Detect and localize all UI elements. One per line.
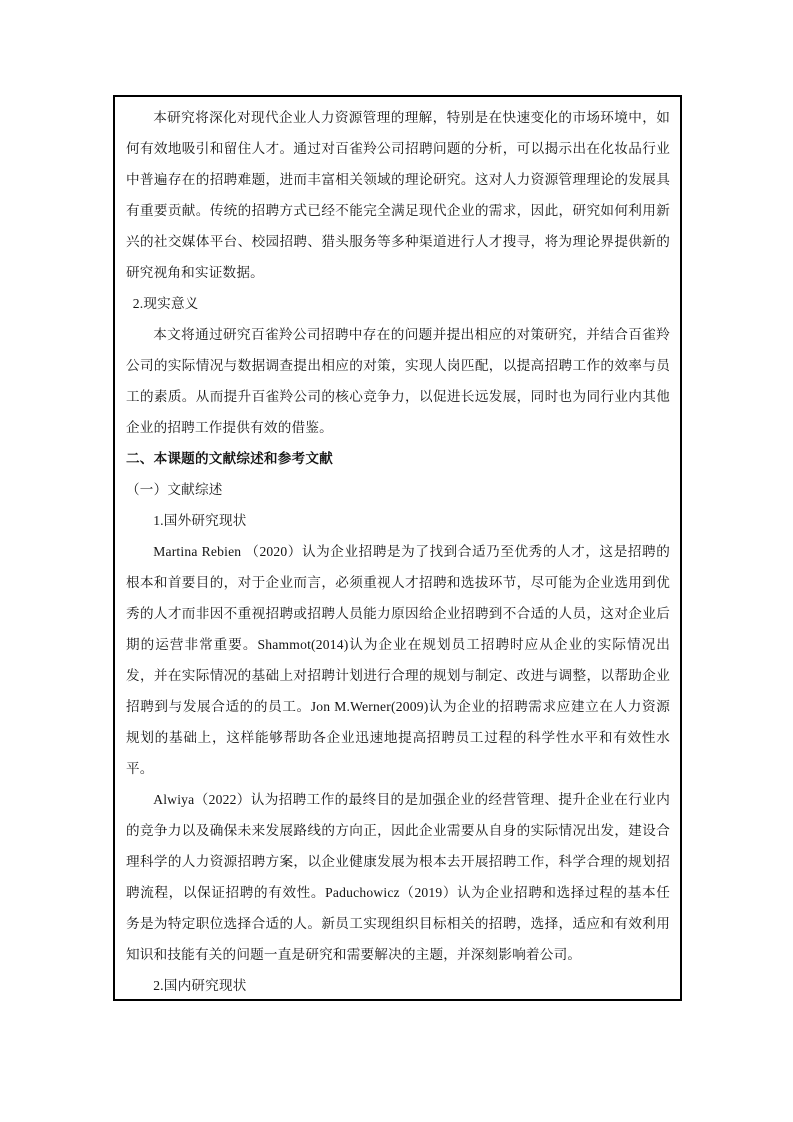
theoretical-significance-paragraph: 本研究将深化对现代企业人力资源管理的理解，特别是在快速变化的市场环境中，如何有效… bbox=[126, 102, 670, 288]
domestic-research-heading: 2.国内研究现状 bbox=[126, 970, 670, 1001]
document-page: 本研究将深化对现代企业人力资源管理的理解，特别是在快速变化的市场环境中，如何有效… bbox=[0, 0, 793, 1122]
practical-significance-paragraph: 本文将通过研究百雀羚公司招聘中存在的问题并提出相应的对策研究，并结合百雀羚公司的… bbox=[126, 319, 670, 443]
foreign-research-heading: 1.国外研究现状 bbox=[126, 505, 670, 536]
literature-review-section-heading: 二、本课题的文献综述和参考文献 bbox=[126, 443, 670, 474]
practical-significance-heading: 2.现实意义 bbox=[126, 288, 670, 319]
literature-review-subheading: （一）文献综述 bbox=[126, 474, 670, 505]
foreign-research-paragraph-2: Alwiya（2022）认为招聘工作的最终目的是加强企业的经营管理、提升企业在行… bbox=[126, 784, 670, 970]
content-border-box: 本研究将深化对现代企业人力资源管理的理解，特别是在快速变化的市场环境中，如何有效… bbox=[113, 95, 682, 1001]
foreign-research-paragraph-1: Martina Rebien （2020）认为企业招聘是为了找到合适乃至优秀的人… bbox=[126, 536, 670, 784]
